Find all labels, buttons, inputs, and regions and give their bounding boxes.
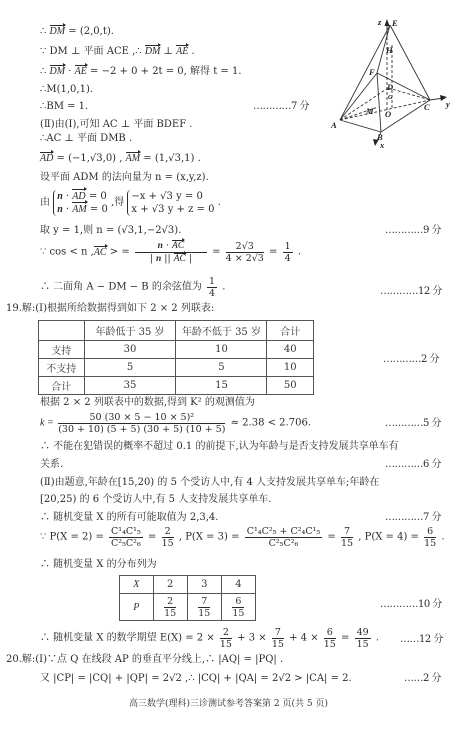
line-normal-vector: 设平面 ADM 的法向量为 n = (x,y,z). (40, 172, 209, 184)
line-point-m: ∴M(1,0,1). (40, 84, 93, 96)
line-part2-ac-perp: (Ⅱ)由(Ⅰ),可知 AC ⊥ 平面 BDEF . (40, 119, 193, 131)
score-7: …………7 分 (253, 101, 309, 113)
label-m: M (365, 106, 374, 116)
vector-dm: DM (50, 26, 66, 38)
line-expectation: ∴ 随机变量 X 的数学期望 E(X) = 2 × 215 + 3 × 715 … (40, 627, 379, 650)
table-row: 合计 35 15 50 (39, 377, 314, 395)
table-row: 不支持 5 5 10 (39, 359, 314, 377)
score-5: …………5 分 (385, 418, 441, 430)
line-k-value: k = 50 (30 × 5 − 10 × 5)² (30 + 10) (5 +… (40, 412, 311, 435)
table-header-cell: 年龄低于 35 岁 (84, 321, 176, 341)
page-footer: 高三数学(理科)三诊测试参考答案第 2 页(共 5 页) (0, 696, 457, 709)
line-ad-am-vectors: AD = (−1,√3,0) , AM = (1,√3,1) . (40, 153, 201, 165)
distribution-table: X 2 3 4 P 215 715 615 (119, 575, 256, 621)
score-2b: ……2 分 (404, 673, 441, 685)
label-f: F (368, 67, 375, 77)
vector-ad: AD (40, 153, 53, 165)
label-d: D (386, 82, 393, 92)
vector-dm: DM (145, 46, 161, 58)
line-dm-vector: ∴ DM = (2,0,t). (40, 26, 114, 38)
fraction-p2: 2 15 (162, 526, 174, 549)
line-system-equations: 由 nn · · AD = 0 n · AM = 0 ,得 −x + √3 y … (40, 190, 221, 216)
line-conclusion-1: ∴ 不能在犯错误的概率不超过 0.1 的前提下,认为年龄与是否支持发展共享单车有 (40, 441, 399, 453)
label-x: x (379, 140, 385, 150)
contingency-table: 年龄低于 35 岁 年龄不低于 35 岁 合计 支持 30 10 40 不支持 … (38, 320, 314, 395)
vector-ae: AE (75, 66, 87, 78)
fraction-p3: 7 15 (341, 526, 353, 549)
label-a: A (330, 120, 337, 130)
system-brace-2: −x + √3 y = 0 x + √3 y + z = 0 (127, 190, 214, 216)
label-c: C (424, 102, 430, 112)
fraction-cos-value: 2√3 4 × 2√3 (226, 241, 264, 264)
score-12b: ……12 分 (400, 634, 443, 646)
score-12: …………12 分 (380, 286, 442, 298)
fraction-p4: 6 15 (424, 526, 436, 549)
line-part2-desc-1: (Ⅱ)由题意,年龄在[15,20) 的 5 个受访人中,有 4 人支持发展共享单… (40, 477, 379, 489)
label-e: E (391, 18, 398, 28)
line-ac-perp-dmb: ∴AC ⊥ 平面 DMB . (40, 133, 132, 145)
vector-dm: DM (50, 66, 66, 78)
score-2: …………2 分 (383, 354, 439, 366)
fraction-p2-comb: C¹₄C¹₅ C²₅C²₆ (109, 526, 143, 549)
line-dm-perp-ace: ∵ DM ⊥ 平面 ACE ,∴ DM ⊥ AE . (40, 46, 195, 58)
line-k2-intro: 根据 2 × 2 列联表中的数据,得到 K² 的观测值为 (40, 397, 255, 409)
label-y: y (445, 99, 450, 109)
fraction-one-quarter: 1 4 (283, 241, 293, 264)
line-possible-values: ∴ 随机变量 X 的所有可能取值为 2,3,4. (40, 512, 218, 524)
line-part2-desc-2: [20,25) 的 6 个受访人中,有 5 人支持发展共享单车. (40, 494, 271, 506)
pyramid-diagram: z E H F D G M O C y A B x (320, 15, 457, 150)
line-probabilities: ∵ P(X = 2) = C¹₄C¹₅ C²₅C²₆ = 2 15 , P(X … (40, 526, 445, 549)
line-dot-product: ∴ DM · AE = −2 + 0 + 2t = 0, 解得 t = 1. (40, 66, 242, 78)
line-distribution-intro: ∴ 随机变量 X 的分布列为 (40, 559, 157, 571)
score-9: …………9 分 (385, 225, 441, 237)
line-cosine: ∵ cos < n ,AC > = n · AC | n || AC | = 2… (40, 240, 301, 265)
problem-20-line-1: 20.解:(Ⅰ)∵点 Q 在线段 AP 的垂直平分线上,∴ |AQ| = |PQ… (6, 654, 283, 666)
problem-20-line-2: 又 |CP| = |CQ| + |QP| = 2√2 ,∴ |CQ| + |QA… (40, 673, 352, 685)
score-10: …………10 分 (380, 599, 442, 611)
system-brace-1: nn · · AD = 0 n · AM = 0 (53, 190, 108, 216)
label-g: G (388, 95, 393, 101)
line-conclusion-2: 关系. (40, 459, 63, 471)
fraction-cos-def: n · AC | n || AC | (135, 240, 207, 265)
label-h: H (385, 45, 393, 55)
label-z: z (377, 17, 382, 27)
line-bm: ∴BM = 1. (40, 101, 88, 113)
label-o: O (385, 109, 391, 119)
vector-ae: AE (176, 46, 188, 58)
score-6: …………6 分 (385, 459, 441, 471)
vector-am: AM (126, 153, 140, 165)
problem-19-heading: 19.解:(Ⅰ)根据所给数据得到如下 2 × 2 列联表: (6, 303, 214, 315)
table-header-cell: 年龄不低于 35 岁 (176, 321, 267, 341)
fraction-p3-comb: C¹₄C²₅ + C²₄C¹₅ C²₅C²₆ (245, 526, 323, 549)
fraction-k-statistic: 50 (30 × 5 − 10 × 5)² (30 + 10) (5 + 5) … (58, 412, 225, 435)
table-header-cell: 合计 (267, 321, 314, 341)
score-7b: …………7 分 (385, 512, 441, 524)
fraction-one-quarter: 1 4 (207, 276, 217, 299)
table-header-cell (39, 321, 85, 341)
line-take-y: 取 y = 1,则 n = (√3,1,−2√3). (40, 225, 181, 237)
line-dihedral-conclusion: ∴ 二面角 A − DM − B 的余弦值为 1 4 . (40, 276, 225, 299)
table-row: 支持 30 10 40 (39, 341, 314, 359)
